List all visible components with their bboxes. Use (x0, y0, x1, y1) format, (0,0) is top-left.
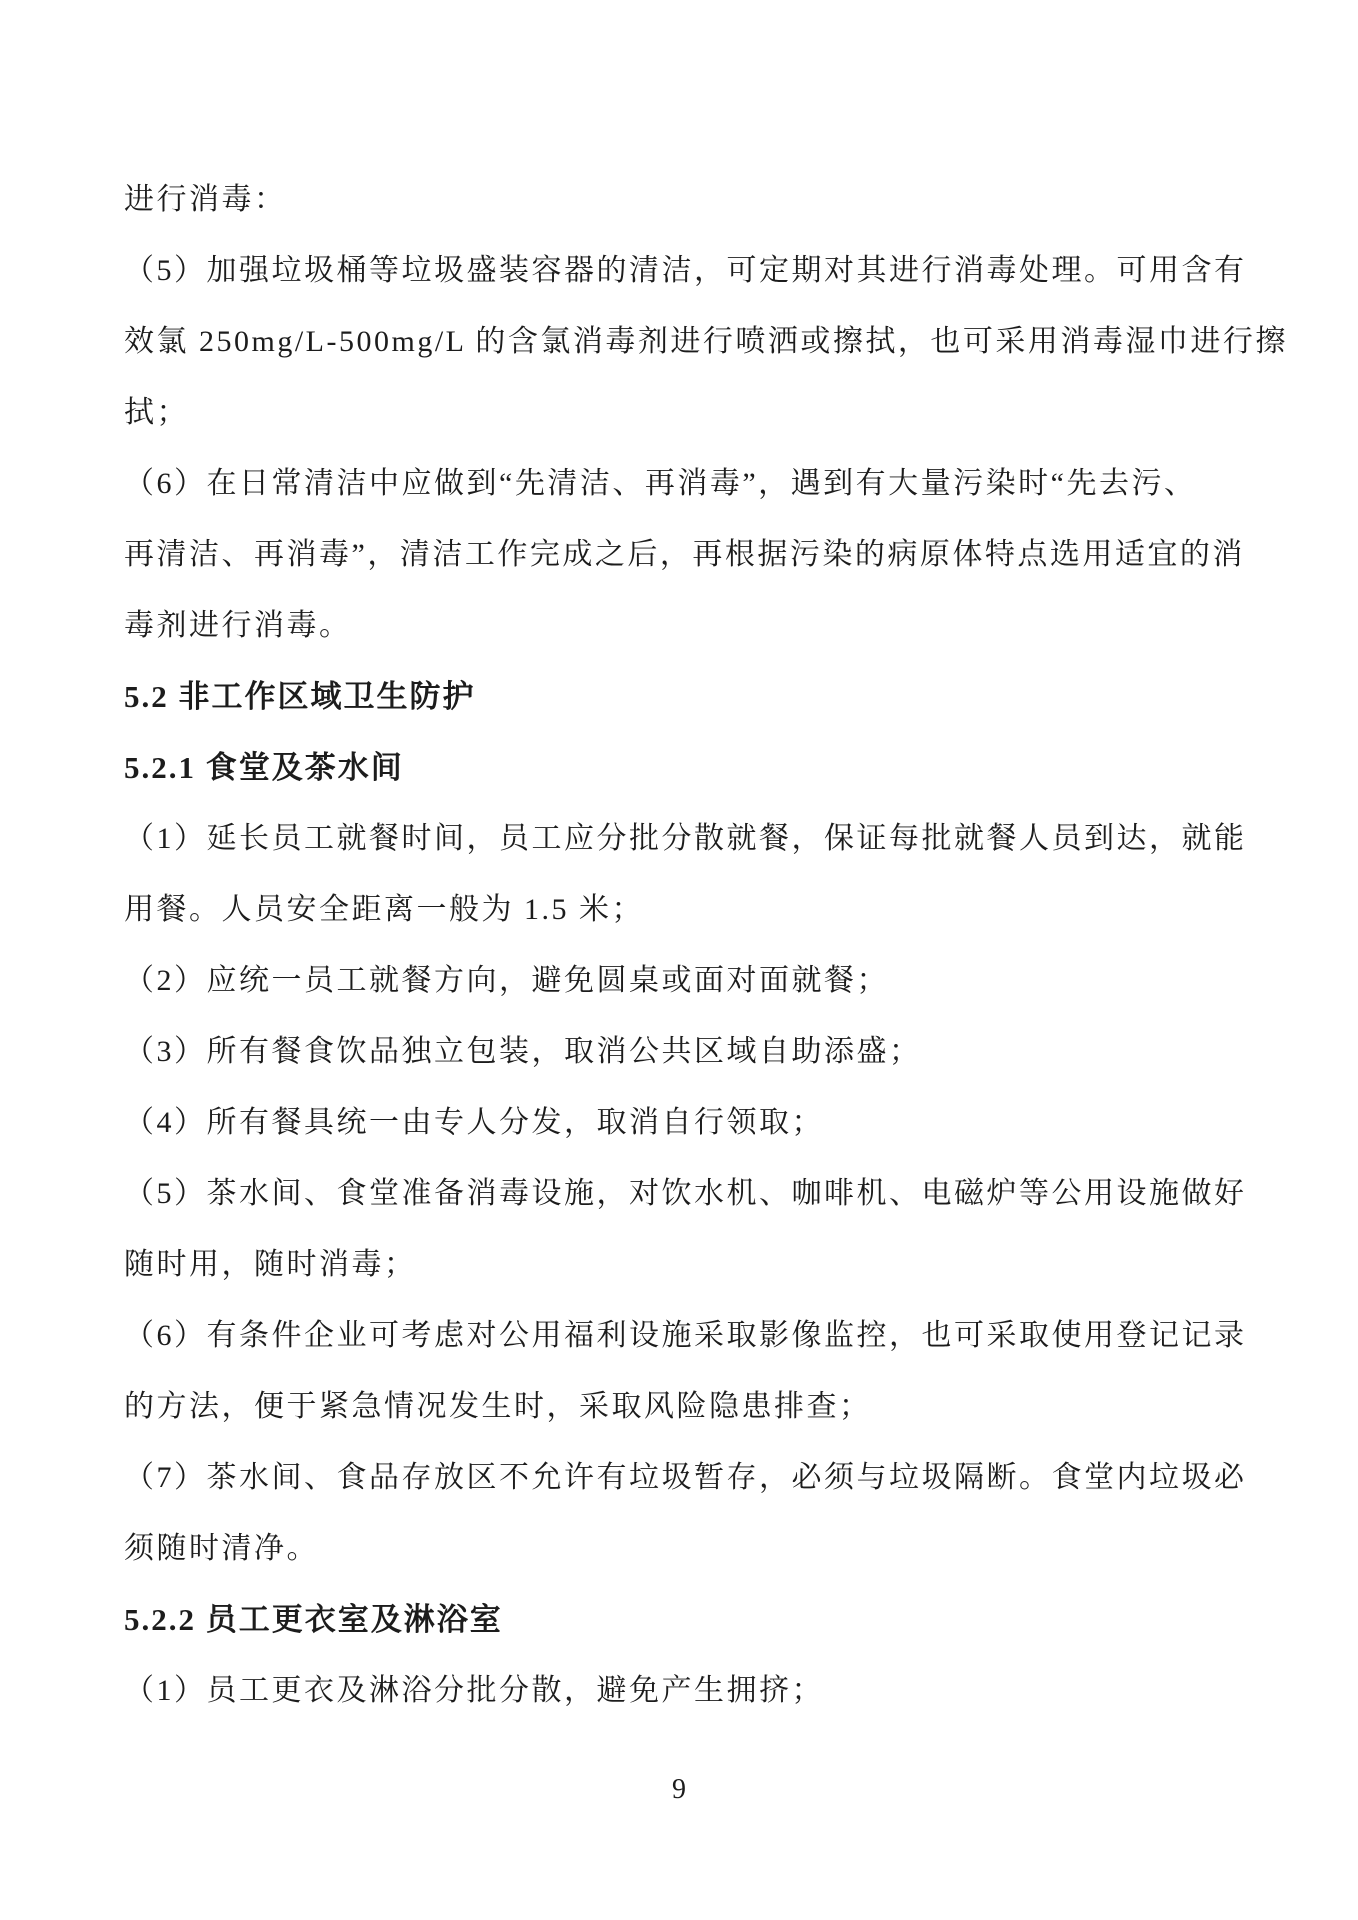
text-line: （5）加强垃圾桶等垃圾盛装容器的清洁，可定期对其进行消毒处理。可用含有 (124, 235, 1264, 306)
text-line: 用餐。人员安全距离一般为 1.5 米； (124, 874, 1264, 945)
text-line: 的方法，便于紧急情况发生时，采取风险隐患排查； (124, 1371, 1264, 1442)
section-heading: 5.2 非工作区域卫生防护 (124, 661, 1264, 732)
page-number: 9 (0, 1770, 1358, 1810)
text-line: （5）茶水间、食堂准备消毒设施，对饮水机、咖啡机、电磁炉等公用设施做好 (124, 1158, 1264, 1229)
section-heading: 5.2.2 员工更衣室及淋浴室 (124, 1584, 1264, 1655)
document-content: 进行消毒：（5）加强垃圾桶等垃圾盛装容器的清洁，可定期对其进行消毒处理。可用含有… (124, 164, 1264, 1726)
text-line: 效氯 250mg/L-500mg/L 的含氯消毒剂进行喷洒或擦拭，也可采用消毒湿… (124, 306, 1264, 377)
text-line: （7）茶水间、食品存放区不允许有垃圾暂存，必须与垃圾隔断。食堂内垃圾必 (124, 1442, 1264, 1513)
text-line: 再清洁、再消毒”，清洁工作完成之后，再根据污染的病原体特点选用适宜的消 (124, 519, 1264, 590)
text-line: （3）所有餐食饮品独立包装，取消公共区域自助添盛； (124, 1016, 1264, 1087)
text-line: （2）应统一员工就餐方向，避免圆桌或面对面就餐； (124, 945, 1264, 1016)
text-line: 随时用，随时消毒； (124, 1229, 1264, 1300)
text-line: 进行消毒： (124, 164, 1264, 235)
text-line: （6）有条件企业可考虑对公用福利设施采取影像监控，也可采取使用登记记录 (124, 1300, 1264, 1371)
text-line: 毒剂进行消毒。 (124, 590, 1264, 661)
text-line: （1）延长员工就餐时间，员工应分批分散就餐，保证每批就餐人员到达，就能 (124, 803, 1264, 874)
text-line: 拭； (124, 377, 1264, 448)
text-line: （4）所有餐具统一由专人分发，取消自行领取； (124, 1087, 1264, 1158)
document-page: 进行消毒：（5）加强垃圾桶等垃圾盛装容器的清洁，可定期对其进行消毒处理。可用含有… (0, 0, 1358, 1920)
text-line: （6）在日常清洁中应做到“先清洁、再消毒”，遇到有大量污染时“先去污、 (124, 448, 1264, 519)
text-line: 须随时清净。 (124, 1513, 1264, 1584)
section-heading: 5.2.1 食堂及茶水间 (124, 732, 1264, 803)
text-line: （1）员工更衣及淋浴分批分散，避免产生拥挤； (124, 1655, 1264, 1726)
